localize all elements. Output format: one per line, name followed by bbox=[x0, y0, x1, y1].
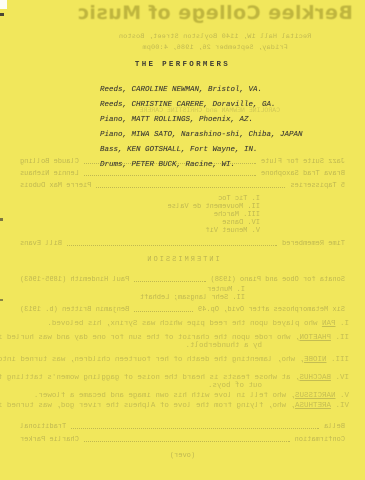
scan-speck bbox=[0, 299, 3, 301]
page-title: THE PERFORMERS bbox=[0, 61, 365, 69]
performer-line: Reeds, CHRISTINE CARERE, Doraville, GA. bbox=[100, 101, 276, 109]
program-page: Berklee College of Music Recital Hall 1W… bbox=[0, 0, 365, 480]
performer-line: Piano, MIWA SATO, Narashino-shi, Chiba, … bbox=[100, 131, 303, 139]
scan-corner-artifact bbox=[0, 0, 7, 9]
performer-line: Piano, MATT ROLLINGS, Phoenix, AZ. bbox=[100, 116, 253, 124]
front-print-layer: THE PERFORMERS Reeds, CAROLINE NEWMAN, B… bbox=[0, 0, 365, 480]
performer-line: Bass, KEN GOTSHALL, Fort Wayne, IN. bbox=[100, 146, 258, 154]
performer-line: Drums, PETER BUCK, Racine, WI. bbox=[100, 161, 235, 169]
scan-speck bbox=[0, 13, 4, 16]
performer-line: Reeds, CAROLINE NEWMAN, Bristol, VA. bbox=[100, 86, 262, 94]
scan-speck bbox=[0, 218, 3, 221]
